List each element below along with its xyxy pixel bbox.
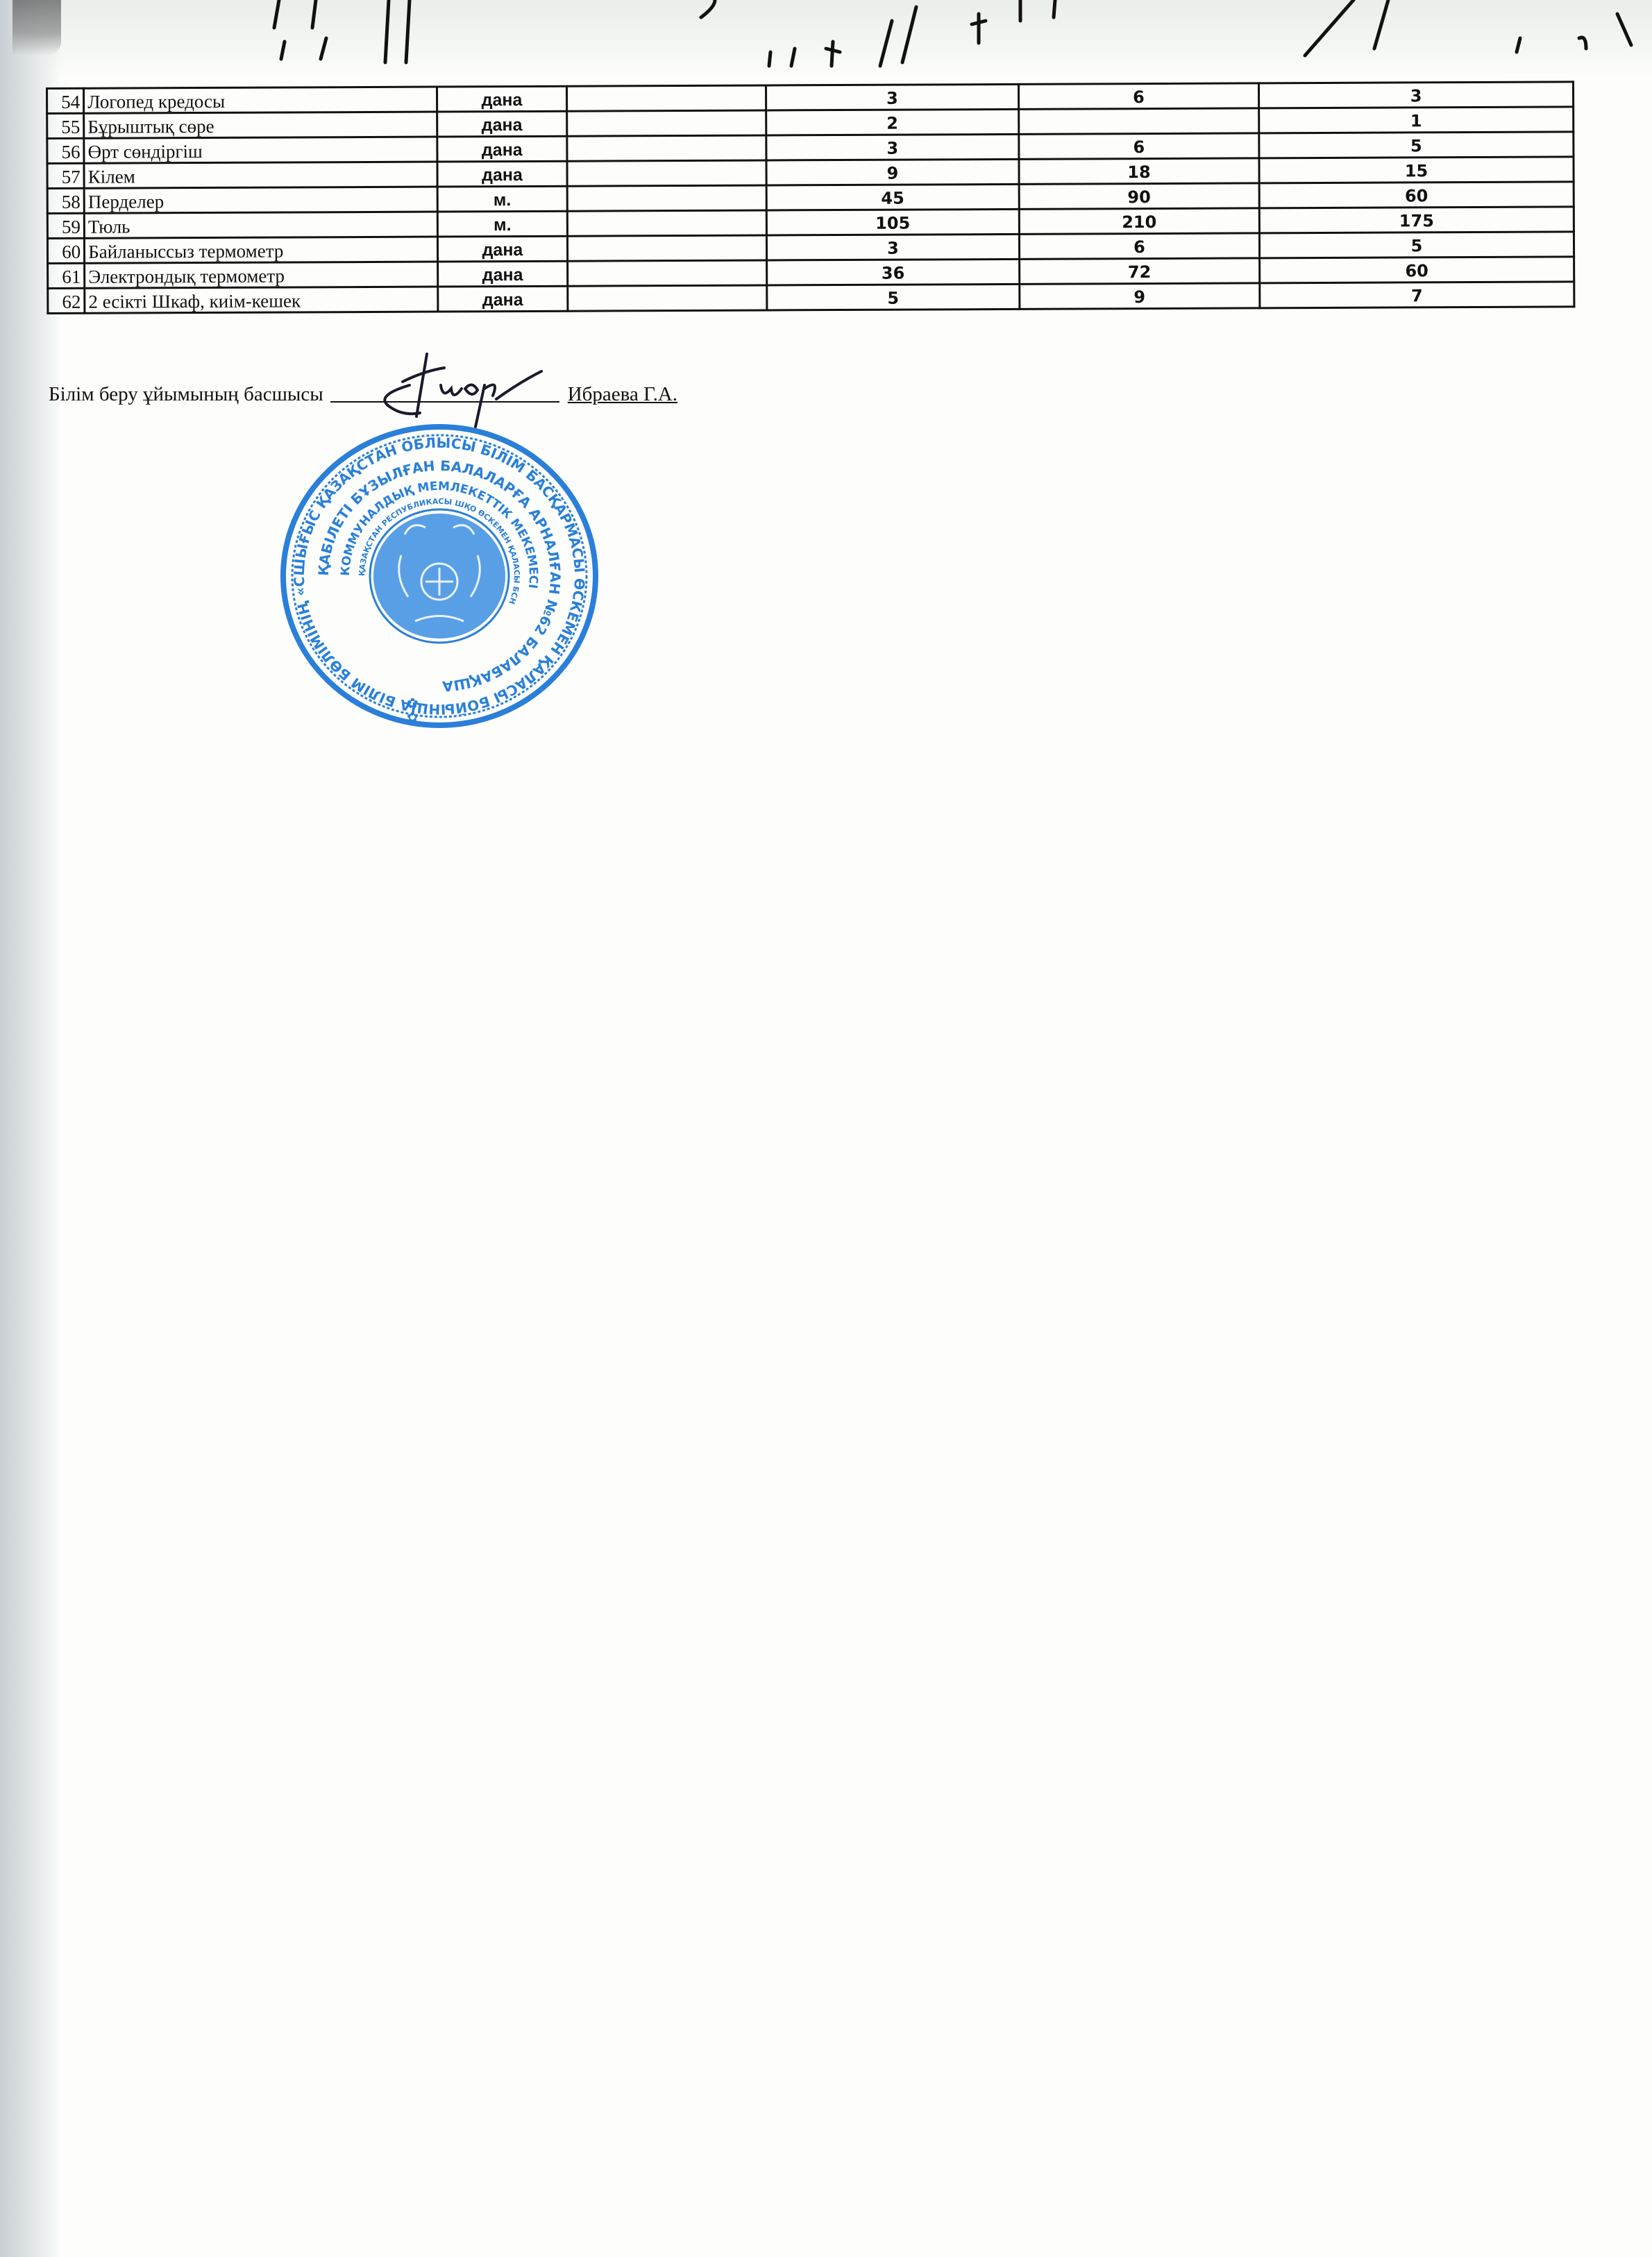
unit-of-measure: м. bbox=[437, 211, 567, 237]
item-name: Перделер bbox=[84, 187, 437, 213]
svg-text:✿: ✿ bbox=[407, 696, 419, 711]
row-number: 59 bbox=[47, 213, 84, 238]
item-name: Бұрыштық сөре bbox=[84, 112, 437, 138]
quantity-3: 7 bbox=[1260, 282, 1574, 308]
quantity-3: 3 bbox=[1258, 82, 1573, 108]
signatory-name: Ибраева Г.А. bbox=[568, 383, 677, 406]
quantity-2 bbox=[1018, 108, 1258, 135]
quantity-2: 6 bbox=[1019, 133, 1259, 160]
row-number: 55 bbox=[47, 113, 84, 138]
unit-of-measure: дана bbox=[437, 136, 567, 162]
quantity-3: 1 bbox=[1259, 107, 1574, 133]
row-number: 60 bbox=[47, 238, 84, 263]
empty-cell bbox=[567, 260, 766, 286]
quantity-3: 5 bbox=[1259, 132, 1574, 158]
quantity-2: 18 bbox=[1019, 158, 1259, 185]
binder-edge bbox=[0, 0, 62, 2257]
signatory-role: Білім беру ұйымының басшысы bbox=[49, 383, 323, 406]
quantity-1: 105 bbox=[766, 209, 1019, 235]
quantity-1: 36 bbox=[767, 259, 1020, 285]
quantity-1: 3 bbox=[766, 84, 1018, 110]
empty-cell bbox=[567, 135, 766, 161]
quantity-3: 15 bbox=[1259, 157, 1574, 183]
quantity-3: 60 bbox=[1260, 257, 1574, 283]
unit-of-measure: м. bbox=[437, 186, 567, 212]
quantity-1: 9 bbox=[766, 159, 1019, 185]
unit-of-measure: дана bbox=[438, 286, 568, 312]
row-number: 57 bbox=[47, 163, 84, 188]
quantity-2: 210 bbox=[1019, 208, 1259, 235]
quantity-1: 3 bbox=[766, 234, 1019, 260]
seal-star-icon: ✿ ✿ bbox=[407, 696, 419, 725]
quantity-2: 72 bbox=[1019, 258, 1259, 285]
quantity-3: 175 bbox=[1259, 207, 1574, 233]
official-seal: ШЫҒЫС ҚАЗАҚСТАН ОБЛЫСЫ БІЛІМ БАСҚАРМАСЫ … bbox=[276, 416, 602, 736]
empty-cell bbox=[566, 110, 766, 136]
quantity-2: 6 bbox=[1018, 83, 1258, 110]
item-name: Тюль bbox=[84, 212, 437, 238]
row-number: 61 bbox=[48, 263, 85, 288]
item-name: Байланыссыз термометр bbox=[85, 237, 438, 263]
quantity-1: 2 bbox=[766, 109, 1019, 135]
quantity-1: 5 bbox=[767, 284, 1020, 310]
handwritten-annotations bbox=[0, 0, 1652, 76]
empty-cell bbox=[567, 160, 766, 186]
item-name: 2 есікті Шкаф, киім-кешек bbox=[85, 287, 438, 313]
inventory-table: 54 Логопед кредосы дана 3 6 3 55 Бұрышты… bbox=[46, 81, 1575, 314]
row-number: 58 bbox=[47, 188, 84, 213]
quantity-1: 3 bbox=[766, 134, 1019, 160]
empty-cell bbox=[567, 210, 766, 236]
empty-cell bbox=[567, 235, 766, 261]
item-name: Электрондық термометр bbox=[85, 262, 438, 288]
unit-of-measure: дана bbox=[437, 111, 567, 137]
row-number: 54 bbox=[47, 88, 84, 113]
item-name: Логопед кредосы bbox=[84, 87, 437, 113]
quantity-2: 9 bbox=[1020, 283, 1260, 310]
unit-of-measure: дана bbox=[438, 261, 568, 287]
quantity-1: 45 bbox=[766, 184, 1019, 210]
row-number: 56 bbox=[47, 138, 84, 163]
unit-of-measure: дана bbox=[437, 161, 567, 187]
empty-cell bbox=[567, 185, 766, 211]
item-name: Кілем bbox=[84, 162, 437, 188]
item-name: Өрт сөндіргіш bbox=[84, 137, 437, 163]
unit-of-measure: дана bbox=[437, 86, 567, 112]
empty-cell bbox=[567, 285, 766, 311]
empty-cell bbox=[566, 85, 766, 111]
quantity-3: 60 bbox=[1259, 182, 1574, 208]
quantity-3: 5 bbox=[1259, 232, 1574, 258]
row-number: 62 bbox=[48, 288, 85, 313]
svg-text:✿: ✿ bbox=[407, 710, 419, 725]
unit-of-measure: дана bbox=[438, 236, 568, 262]
quantity-2: 90 bbox=[1019, 183, 1259, 210]
quantity-2: 6 bbox=[1019, 233, 1259, 260]
